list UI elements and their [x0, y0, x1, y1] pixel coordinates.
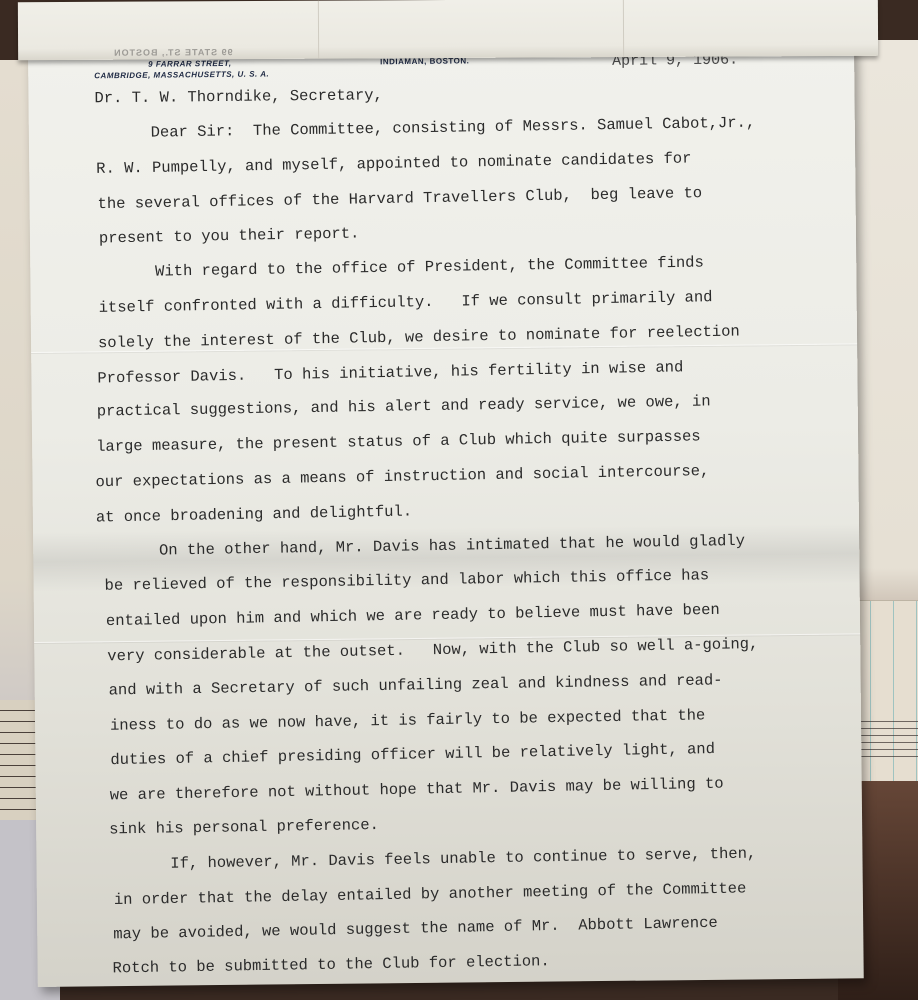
letterhead-street: 9 FARRAR STREET,: [148, 59, 232, 69]
letter-page: 9 FARRAR STREET, CAMBRIDGE, MASSACHUSETT…: [28, 43, 864, 987]
flap-crease: [623, 0, 624, 57]
folded-top-sheet: 99 STATE ST., BOSTON: [18, 0, 878, 60]
letter-body: Dr. T. W. Thorndike, Secretary, Dear Sir…: [94, 76, 843, 985]
flap-crease: [318, 1, 319, 59]
letter-lines: Dear Sir: The Committee, consisting of M…: [95, 107, 844, 985]
letterhead-city: CAMBRIDGE, MASSACHUSETTS, U. S. A.: [94, 69, 269, 80]
mirrored-letterhead-text: 99 STATE ST., BOSTON: [113, 47, 233, 58]
